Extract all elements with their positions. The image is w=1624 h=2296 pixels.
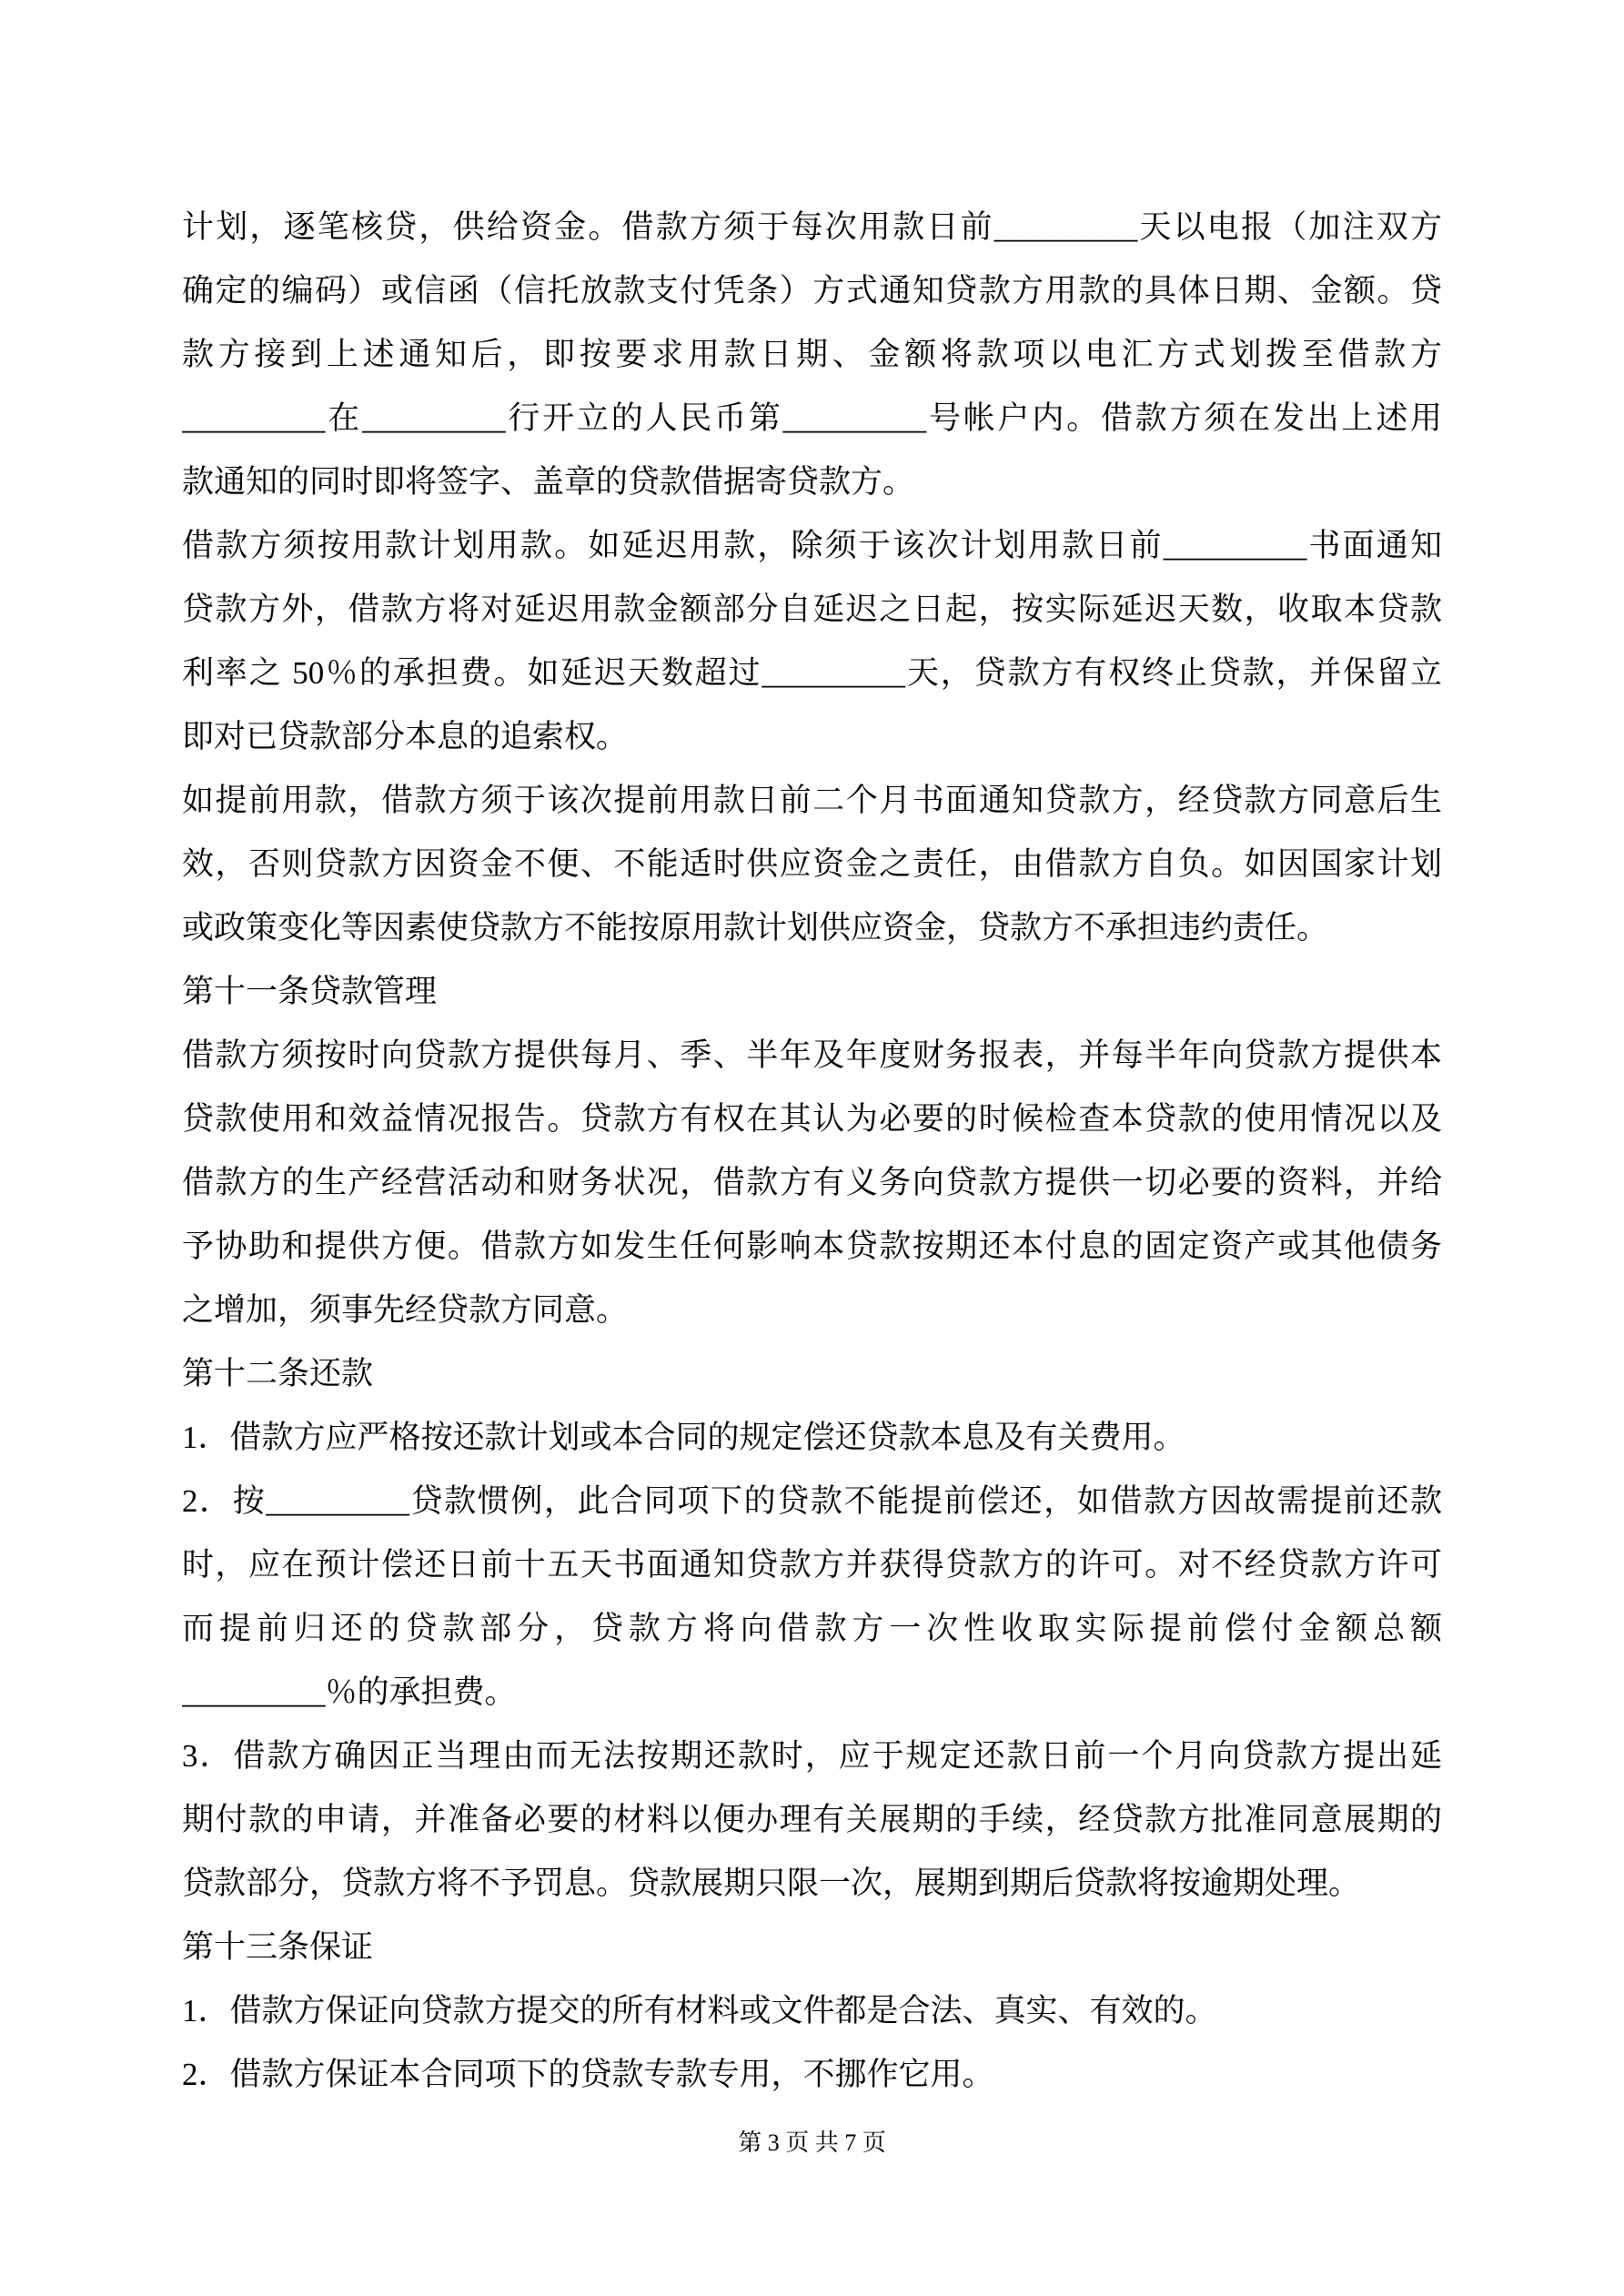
text-line: 即对已贷款部分本息的追索权。 (182, 705, 1442, 769)
contract-body: 计划，逐笔核贷，供给资金。借款方须于每次用款日前_________天以电报（加注… (182, 196, 1442, 2107)
text-line: 予协助和提供方便。借款方如发生任何影响本贷款按期还本付息的固定资产或其他债务 (182, 1215, 1442, 1279)
text-line: 利率之 50％的承担费。如延迟天数超过_________天，贷款方有权终止贷款，… (182, 642, 1442, 705)
list-item: 2．按_________贷款惯例，此合同项下的贷款不能提前偿还，如借款方因故需提… (182, 1470, 1442, 1533)
list-item: 1．借款方保证向贷款方提交的所有材料或文件都是合法、真实、有效的。 (182, 1979, 1442, 2043)
text-line: 而提前归还的贷款部分，贷款方将向借款方一次性收取实际提前偿付金额总额 (182, 1597, 1442, 1661)
text-line: 时，应在预计偿还日前十五天书面通知贷款方并获得贷款方的许可。对不经贷款方许可 (182, 1533, 1442, 1597)
text-line: _________在_________行开立的人民币第_________号帐户内… (182, 387, 1442, 450)
text-line: 款通知的同时即将签字、盖章的贷款借据寄贷款方。 (182, 450, 1442, 514)
contract-page: 计划，逐笔核贷，供给资金。借款方须于每次用款日前_________天以电报（加注… (0, 0, 1624, 2296)
text-line: 期付款的申请，并准备必要的材料以便办理有关展期的手续，经贷款方批准同意展期的 (182, 1788, 1442, 1852)
list-item: 1．借款方应严格按还款计划或本合同的规定偿还贷款本息及有关费用。 (182, 1406, 1442, 1470)
page-footer: 第 3 页 共 7 页 (0, 2111, 1624, 2175)
text-line: 之增加，须事先经贷款方同意。 (182, 1279, 1442, 1342)
text-line: 借款方的生产经营活动和财务状况，借款方有义务向贷款方提供一切必要的资料，并给 (182, 1151, 1442, 1215)
list-item: 3．借款方确因正当理由而无法按期还款时，应于规定还款日前一个月向贷款方提出延 (182, 1725, 1442, 1788)
list-item: 2．借款方保证本合同项下的贷款专款专用，不挪作它用。 (182, 2043, 1442, 2107)
text-line: 计划，逐笔核贷，供给资金。借款方须于每次用款日前_________天以电报（加注… (182, 196, 1442, 259)
text-line: 贷款使用和效益情况报告。贷款方有权在其认为必要的时候检查本贷款的使用情况以及 (182, 1087, 1442, 1151)
text-line: 贷款方外，借款方将对延迟用款金额部分自延迟之日起，按实际延迟天数，收取本贷款 (182, 578, 1442, 642)
text-line: 如提前用款，借款方须于该次提前用款日前二个月书面通知贷款方，经贷款方同意后生 (182, 769, 1442, 833)
text-line: 贷款部分，贷款方将不予罚息。贷款展期只限一次，展期到期后贷款将按逾期处理。 (182, 1852, 1442, 1916)
text-line: 效，否则贷款方因资金不便、不能适时供应资金之责任，由借款方自负。如因国家计划 (182, 833, 1442, 896)
text-line: _________％的承担费。 (182, 1661, 1442, 1725)
text-line: 确定的编码）或信函（信托放款支付凭条）方式通知贷款方用款的具体日期、金额。贷 (182, 259, 1442, 323)
section-heading: 第十三条保证 (182, 1916, 1442, 1979)
text-line: 或政策变化等因素使贷款方不能按原用款计划供应资金，贷款方不承担违约责任。 (182, 896, 1442, 960)
text-line: 借款方须按用款计划用款。如延迟用款，除须于该次计划用款日前_________书面… (182, 514, 1442, 578)
text-line: 款方接到上述通知后，即按要求用款日期、金额将款项以电汇方式划拨至借款方 (182, 323, 1442, 387)
section-heading: 第十二条还款 (182, 1342, 1442, 1406)
text-line: 借款方须按时向贷款方提供每月、季、半年及年度财务报表，并每半年向贷款方提供本 (182, 1024, 1442, 1087)
section-heading: 第十一条贷款管理 (182, 960, 1442, 1024)
